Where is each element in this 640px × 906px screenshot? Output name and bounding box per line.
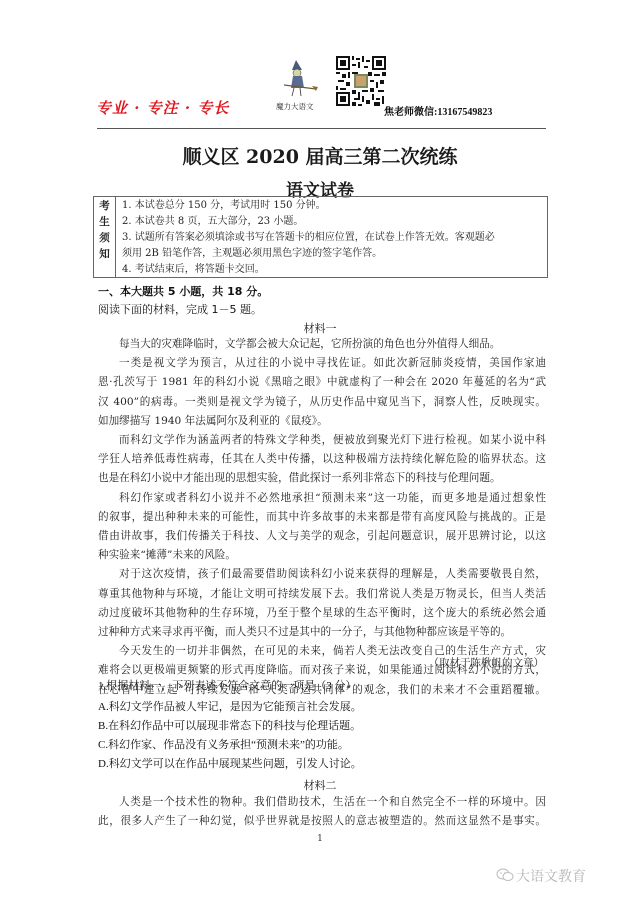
material-2-title: 材料二 [0, 777, 640, 793]
text-line: 动过度破坏其他物种的生存环境，乃至于整个星球的生态平衡时，这个庞大的系统必然会通 [98, 604, 546, 623]
option-b: B.在科幻作品中可以展现非常态下的科技与伦理话题。 [98, 717, 361, 733]
option-d: D.科幻文学可以在作品中展现某些问题，引发人讨论。 [98, 755, 362, 771]
notice-side-char: 知 [94, 246, 115, 262]
notice-item: 1. 本试卷总分 150 分，考试用时 150 分钟。 [122, 198, 543, 214]
text-line: 过种种方式来寻求再平衡，而人类只不过是其中的一分子，与其他物种都应该是平等的。 [98, 623, 546, 642]
option-c: C.科幻作家、作品没有义务承担“预测未来”的功能。 [98, 736, 349, 752]
question-stem-prefix: 1.根据材料一，下列表述 [98, 680, 216, 692]
text-line: 一类是视文学为预言，从过往的小说中寻找佐证。如此次新冠肺炎疫情，美国作家迪 [98, 354, 546, 373]
page-number: 1 [0, 834, 640, 844]
section-instruction: 阅读下面的材料，完成 1－5 题。 [98, 301, 262, 317]
material-1-source: （取材于陈楸帆的文章） [429, 655, 545, 670]
witch-mascot-icon [282, 58, 318, 98]
wechat-icon [496, 868, 514, 882]
text-line: 借由讲故事，我们传播关于科技、人文与美学的观念，引起问题意识，展开思辨讨论，以这 [98, 527, 546, 546]
notice-item: 4. 考试结束后，将答题卡交回。 [122, 262, 543, 278]
text-line: 对于这次疫情，孩子们最需要借助阅读科幻小说来获得的理解是，人类需要敬畏自然， [98, 565, 546, 584]
slogan: 专业 · 专注 · 专长 [96, 97, 229, 118]
text-line: 恩·孔茨写于 1981 年的科幻小说《黑暗之眼》中就虚构了一种会在 2020 年… [98, 373, 546, 392]
exam-notice-table: 考 生 须 知 1. 本试卷总分 150 分，考试用时 150 分钟。 2. 本… [93, 196, 548, 278]
text-line: 人类是一个技术性的物种。我们借助技术，生活在一个和自然完全不一样的环境中。因 [98, 793, 546, 812]
section-heading: 一、本大题共 5 小题，共 18 分。 [98, 283, 268, 299]
text-line: 此，很多人产生了一种幻觉，似乎世界就是按照人的意志被塑造的。然而这显然不是事实。 [98, 812, 546, 831]
brand-name: 魔力大语文 [276, 101, 314, 112]
notice-side-char: 须 [94, 230, 115, 246]
material-2-body: 人类是一个技术性的物种。我们借助技术，生活在一个和自然完全不一样的环境中。因 此… [98, 793, 546, 831]
header-divider [97, 128, 546, 129]
text-line: 如加缪描写 1940 年法属阿尔及利亚的《鼠疫》。 [98, 412, 546, 431]
notice-side-char: 生 [94, 214, 115, 230]
text-line: 汉 400”的病毒。一类则是视文学为镜子，从历史作品中窥见当下，洞察人性，反映现… [98, 393, 546, 412]
text-line: 也是在科幻小说中才能出现的思想实验，借此探讨一系列非常态下的科技与伦理问题。 [98, 469, 546, 488]
notice-side-label: 考 生 须 知 [94, 197, 116, 277]
question-1-stem: 1.根据材料一，下列表述不符合文意的一项是（3 分） [98, 677, 357, 693]
text-line: 科幻作家或者科幻小说并不必然地承担“预测未来”这一功能，而更多地是通过想象性 [98, 489, 546, 508]
exam-title: 顺义区 2020 届高三第二次统练 [0, 142, 640, 169]
text-line: 每当大的灾难降临时，文学都会被大众记起，它所扮演的角色也分外值得人细品。 [98, 335, 546, 354]
question-stem-suffix: 文意的一项是（3 分） [249, 680, 356, 692]
watermark-text: 大语文教育 [516, 866, 586, 886]
text-line: 学狂人培养低毒性病毒，任其在人类中传播，以这种极端方法持续化解危险的临界状态。这 [98, 450, 546, 469]
notice-item: 2. 本试卷共 8 页，五大部分，23 小题。 [122, 214, 543, 230]
notice-items: 1. 本试卷总分 150 分，考试用时 150 分钟。 2. 本试卷共 8 页，… [122, 198, 543, 278]
notice-item: 须用 2B 铅笔作答，主观题必须用黑色字迹的签字笔作答。 [122, 246, 543, 262]
text-line: 的叙事，提出种种未来的可能性，而其中许多故事的未来都是带有高度风险与挑战的。正是 [98, 508, 546, 527]
teacher-contact: 焦老师微信:13167549823 [384, 103, 492, 118]
text-line: 尊重其他物种与环境，才能让文明可持续发展下去。我们常说人类是万物灵长，但当人类活 [98, 585, 546, 604]
notice-item: 3. 试题所有答案必须填涂或书写在答题卡的相应位置，在试卷上作答无效。客观题必 [122, 230, 543, 246]
question-stem-emphasis: 不符合 [216, 680, 249, 692]
qr-code-icon[interactable] [336, 56, 386, 106]
text-line: 种实验来“摊薄”未来的风险。 [98, 546, 546, 565]
option-a: A.科幻文学作品被人牢记，是因为它能预言社会发展。 [98, 698, 362, 714]
notice-side-char: 考 [94, 198, 115, 214]
text-line: 而科幻文学作为涵盖两者的特殊文学种类，便被放到聚光灯下进行检视。如某小说中科 [98, 431, 546, 450]
material-1-body: 每当大的灾难降临时，文学都会被大众记起，它所扮演的角色也分外值得人细品。 一类是… [98, 335, 546, 700]
material-1-title: 材料一 [0, 320, 640, 336]
